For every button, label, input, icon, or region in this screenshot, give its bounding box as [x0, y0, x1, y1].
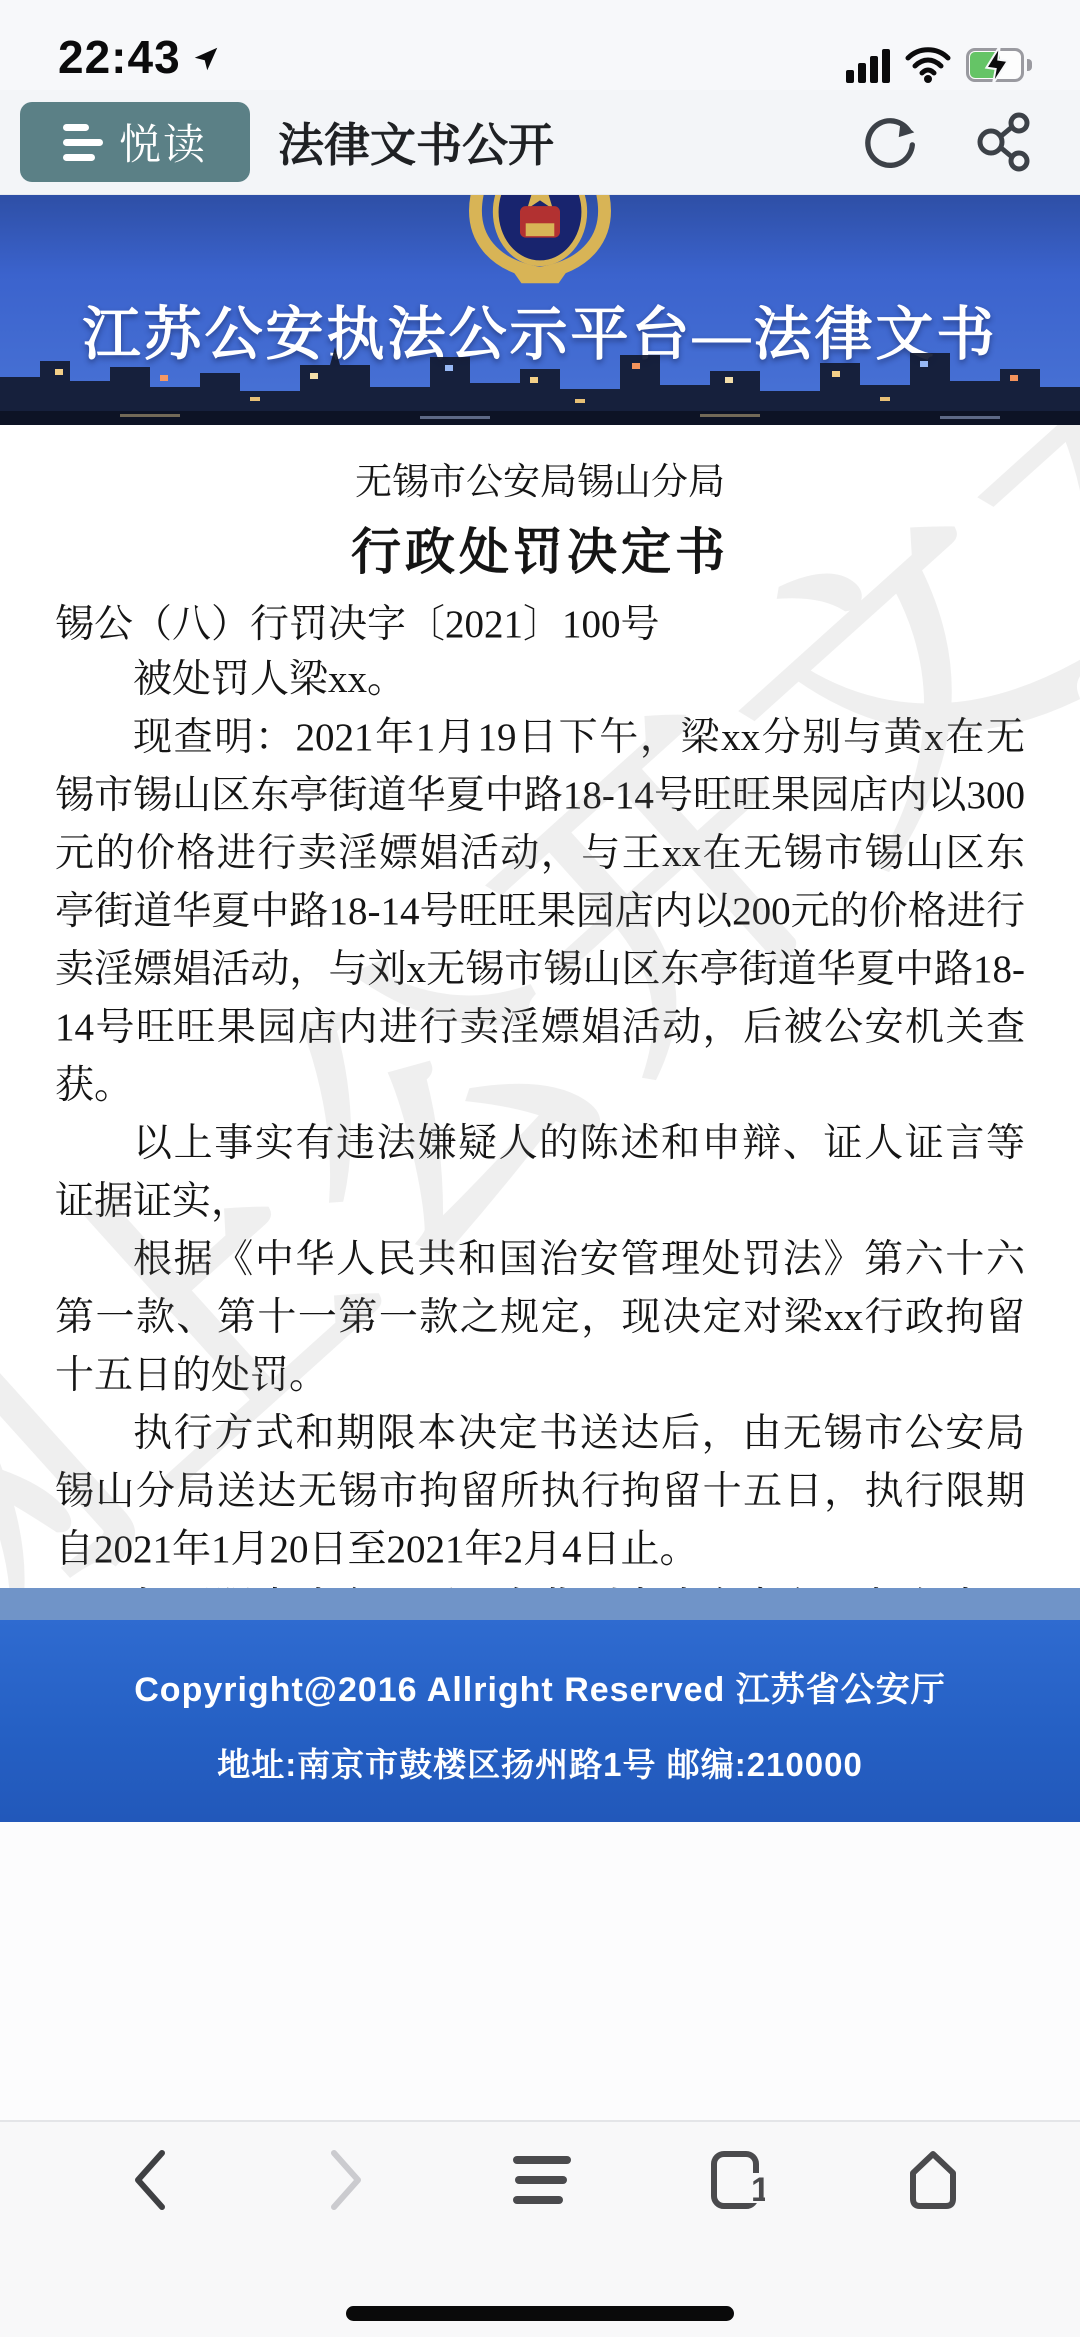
- menu-lines-icon: [511, 2150, 573, 2210]
- cellular-signal-icon: [846, 47, 890, 83]
- document-paragraph: 以上事实有违法嫌疑人的陈述和申辩、证人证言等证据证实，: [55, 1115, 1025, 1231]
- clock: 22:43: [58, 30, 181, 84]
- page-bottom-space: [0, 1822, 1080, 2120]
- city-skyline-image: [0, 347, 1080, 425]
- forward-button[interactable]: [314, 2148, 378, 2212]
- share-icon[interactable]: [974, 111, 1034, 173]
- reader-lines-icon: [63, 124, 103, 161]
- document-title: 行政处罚决定书: [55, 523, 1025, 581]
- home-icon: [907, 2149, 959, 2211]
- document-paragraph: 被处罚人梁xx。: [55, 651, 1025, 709]
- address-text: 地址:南京市鼓楼区扬州路1号 邮编:210000: [0, 1739, 1080, 1786]
- document-paragraph: 现查明：2021年1月19日下午，梁xx分别与黄x在无锡市锡山区东亭街道华夏中路…: [55, 709, 1025, 1115]
- page-title: 法律文书公开: [278, 109, 860, 175]
- document-paragraph: 如不服本决定，可以在收到本决定书之日起六十日内向无锡市公安局或无锡市人民政府申请…: [55, 1579, 1025, 1588]
- phone-screen: 22:43: [0, 0, 1080, 2337]
- document-paragraph: 根据《中华人民共和国治安管理处罚法》第六十六第一款、第十一第一款之规定，现决定对…: [55, 1231, 1025, 1405]
- site-banner: 江苏公安执法公示平台—法律文书: [0, 195, 1080, 425]
- browser-toolbar: 1: [0, 2120, 1080, 2337]
- legal-document: 网上公开文本 无锡市公安局锡山分局 行政处罚决定书 锡公（八）行罚决字〔2021…: [0, 425, 1080, 1588]
- copyright-text: Copyright@2016 Allright Reserved 江苏省公安厅: [0, 1620, 1080, 1711]
- site-footer: Copyright@2016 Allright Reserved 江苏省公安厅 …: [0, 1620, 1080, 1822]
- battery-charging-icon: [966, 48, 1032, 82]
- police-badge-icon: [452, 195, 628, 289]
- tab-windows-icon: 1: [709, 2149, 765, 2211]
- footer-accent-strip: [0, 1588, 1080, 1620]
- reader-mode-label: 悦读: [119, 112, 207, 172]
- document-paragraph: 执行方式和期限本决定书送达后，由无锡市公安局锡山分局送达无锡市拘留所执行拘留十五…: [55, 1405, 1025, 1579]
- tabs-button[interactable]: 1: [705, 2148, 769, 2212]
- refresh-icon[interactable]: [860, 111, 922, 173]
- browser-header: 悦读 法律文书公开: [0, 90, 1080, 195]
- document-number: 锡公（八）行罚决字〔2021〕100号: [55, 601, 1025, 649]
- back-button[interactable]: [118, 2148, 182, 2212]
- svg-text:1: 1: [751, 2171, 765, 2209]
- location-arrow-icon: [191, 44, 221, 74]
- home-indicator[interactable]: [346, 2306, 734, 2321]
- document-body: 被处罚人梁xx。现查明：2021年1月19日下午，梁xx分别与黄x在无锡市锡山区…: [55, 651, 1025, 1588]
- reader-mode-button[interactable]: 悦读: [20, 102, 250, 182]
- issuing-agency: 无锡市公安局锡山分局: [55, 461, 1025, 505]
- status-bar: 22:43: [0, 0, 1080, 90]
- home-button[interactable]: [901, 2148, 965, 2212]
- wifi-icon: [904, 46, 952, 84]
- menu-button[interactable]: [510, 2148, 574, 2212]
